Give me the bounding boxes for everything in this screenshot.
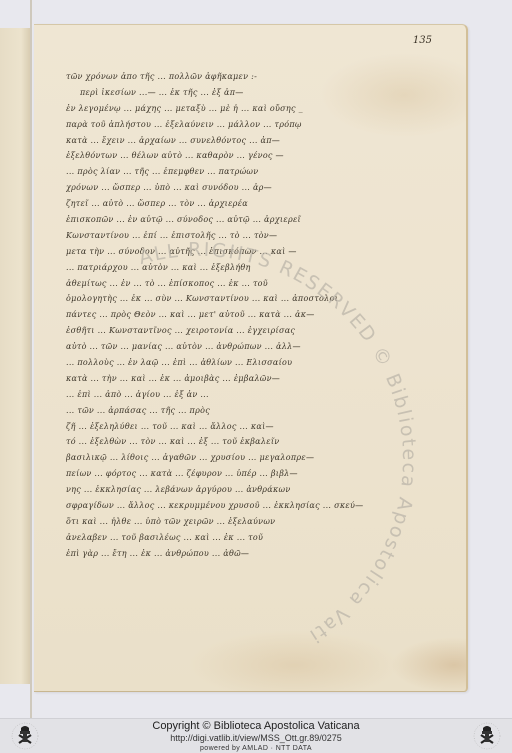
manuscript-line: ... πατριάρχου ... αὐτὸν ... καὶ ... ἐξε… [66,260,401,276]
manuscript-line: ζητεῖ ... αὐτὸ ... ὥσπερ ... τὸν ... ἀρχ… [66,196,401,212]
manuscript-line: ἀθεμίτως ... ἐν ... τὸ ... ἐπίσκοπος ...… [66,276,401,292]
manuscript-line: τό ... ἐξελθὼν ... τὸν ... καὶ ... ἐξ ..… [66,434,401,450]
manuscript-line: αὐτὸ ... τῶν ... μανίας ... αὐτὸν ... ἀν… [66,339,401,355]
manuscript-line-text: χρόνων ... ὥσπερ ... ὑπὸ ... καὶ συνόδου… [66,183,376,192]
manuscript-line: κατὰ ... ἔχειν ... ἀρχαίων ... συνελθόντ… [66,133,401,149]
manuscript-line: μετα τὴν ... σύνοδον ... αὐτῆς ... ἐπισκ… [66,244,401,260]
manuscript-line-text: μετα τὴν ... σύνοδον ... αὐτῆς ... ἐπισκ… [66,247,378,256]
manuscript-line: ἐσθῆτι ... Κωνσταντῖνος ... χειροτονία .… [66,323,401,339]
manuscript-line-text: τό ... ἐξελθὼν ... τὸν ... καὶ ... ἐξ ..… [66,437,374,446]
manuscript-line: βασιλικῷ ... λίθοις ... ἀγαθῶν ... χρυσί… [66,450,401,466]
manuscript-line-text: σφραγίδων ... ἄλλος ... κεκρυμμένου χρυσ… [66,501,378,510]
manuscript-line: πείων ... φόρτος ... κατὰ ... ζέφυρον ..… [66,466,401,482]
manuscript-line: ἐν λεγομένῳ ... μάχης ... μεταξὺ ... μὲ … [66,101,401,117]
manuscript-line: Κωνσταντίνου ... ἐπί ... ἐπιστολῆς ... τ… [66,228,401,244]
manuscript-line-text: ... πατριάρχου ... αὐτὸν ... καὶ ... ἐξε… [66,263,378,272]
page-gutter [30,0,32,718]
manuscript-line-text: βασιλικῷ ... λίθοις ... ἀγαθῶν ... χρυσί… [66,453,370,462]
manuscript-line: περὶ ἱκεσίων ...— ... ἐκ τῆς ... ἐξ ἀπ— [66,85,401,101]
manuscript-line-text: ἐξελθόντων ... θέλων αὐτὸ ... καθαρὸν ..… [66,151,378,160]
manuscript-line-text: παρὰ τοῦ ἀπλήστου ... ἐξελαύνειν ... μάλ… [66,120,378,129]
copyright-footer: Copyright © Biblioteca Apostolica Vatica… [0,718,512,753]
manuscript-line-text: περὶ ἱκεσίων ...— ... ἐκ τῆς ... ἐξ ἀπ— [80,88,386,97]
vatican-library-logo-left [10,721,40,751]
manuscript-line: ... ἐπὶ ... ἀπὸ ... ἁγίου ... ἐξ ἀν ... [66,387,401,403]
manuscript-line-text: ζητεῖ ... αὐτὸ ... ὥσπερ ... τὸν ... ἀρχ… [66,199,376,208]
manuscript-line: ἐπὶ γὰρ ... ἔτη ... ἐκ ... ἀνθρώπου ... … [66,546,401,562]
manuscript-line-text: ἐν λεγομένῳ ... μάχης ... μεταξὺ ... μὲ … [66,104,376,113]
manuscript-line-text: ἐσθῆτι ... Κωνσταντῖνος ... χειροτονία .… [66,326,378,335]
manuscript-line: ... πρὸς λίαν ... τῆς ... ἐπεμφθεν ... π… [66,164,401,180]
manuscript-line-text: κατὰ ... τὴν ... καὶ ... ἐκ ... ἀμοιβὰς … [66,374,378,383]
manuscript-line: ὅτι καὶ ... ἦλθε ... ὑπὸ τῶν χειρῶν ... … [66,514,401,530]
manuscript-line-text: ζῆ ... ἐξεληλύθει ... τοῦ ... καὶ ... ἄλ… [66,422,378,431]
manuscript-line: ἐπισκοπῶν ... ἐν αὐτῷ ... σύνοδος ... αὐ… [66,212,401,228]
manuscript-line: κατὰ ... τὴν ... καὶ ... ἐκ ... ἀμοιβὰς … [66,371,401,387]
manuscript-line-text: ὅτι καὶ ... ἦλθε ... ὑπὸ τῶν χειρῶν ... … [66,517,370,526]
manuscript-line-text: ἀνελαβεν ... τοῦ βασιλέως ... καὶ ... ἐκ… [66,533,362,542]
manuscript-line: ... πολλοὺς ... ἐν λαῷ ... ἐπὶ ... ἀθλίω… [66,355,401,371]
vatican-library-logo-right [472,721,502,751]
manuscript-line-text: ... τῶν ... ἁρπάσας ... τῆς ... πρὸς [66,406,366,415]
manuscript-line-text: νης ... ἐκκλησίας ... λεβάνων ἀργύρου ..… [66,485,372,494]
manuscript-viewer[interactable]: 135 τῶν χρόνων ἀπο τῆς ... πολλῶν ἀφῆκαμ… [0,0,512,718]
manuscript-line: σφραγίδων ... ἄλλος ... κεκρυμμένου χρυσ… [66,498,401,514]
copyright-text: Copyright © Biblioteca Apostolica Vatica… [0,720,512,733]
manuscript-line: ζῆ ... ἐξεληλύθει ... τοῦ ... καὶ ... ἄλ… [66,419,401,435]
manuscript-line: πάντες ... πρὸς Θεὸν ... καὶ ... μετ' αὐ… [66,307,401,323]
manuscript-line: τῶν χρόνων ἀπο τῆς ... πολλῶν ἀφῆκαμεν :… [66,69,401,85]
page-url[interactable]: http://digi.vatlib.it/view/MSS_Ott.gr.89… [0,733,512,744]
manuscript-line-text: ... πρὸς λίαν ... τῆς ... ἐπεμφθεν ... π… [66,167,378,176]
manuscript-page: 135 τῶν χρόνων ἀπο τῆς ... πολλῶν ἀφῆκαμ… [34,24,468,692]
manuscript-line-text: ἐπὶ γὰρ ... ἔτη ... ἐκ ... ἀνθρώπου ... … [66,549,356,558]
manuscript-line-text: πείων ... φόρτος ... κατὰ ... ζέφυρον ..… [66,469,376,478]
manuscript-line-text: αὐτὸ ... τῶν ... μανίας ... αὐτὸν ... ἀν… [66,342,366,351]
manuscript-line-text: ἀθεμίτως ... ἐν ... τὸ ... ἐπίσκοπος ...… [66,279,372,288]
previous-page-edge [0,28,31,684]
manuscript-line: παρὰ τοῦ ἀπλήστου ... ἐξελαύνειν ... μάλ… [66,117,401,133]
manuscript-line-text: ... πολλοὺς ... ἐν λαῷ ... ἐπὶ ... ἀθλίω… [66,358,366,367]
manuscript-line-text: ὁμολογητὴς ... ἐκ ... σὺν ... Κωνσταντίν… [66,294,378,303]
manuscript-line: νης ... ἐκκλησίας ... λεβάνων ἀργύρου ..… [66,482,401,498]
manuscript-line: ἀνελαβεν ... τοῦ βασιλέως ... καὶ ... ἐκ… [66,530,401,546]
manuscript-text-block: τῶν χρόνων ἀπο τῆς ... πολλῶν ἀφῆκαμεν :… [66,69,401,562]
manuscript-line: ἐξελθόντων ... θέλων αὐτὸ ... καθαρὸν ..… [66,148,401,164]
folio-number: 135 [413,35,432,46]
manuscript-line-text: ... ἐπὶ ... ἀπὸ ... ἁγίου ... ἐξ ἀν ... [66,390,366,399]
manuscript-line-text: κατὰ ... ἔχειν ... ἀρχαίων ... συνελθόντ… [66,136,374,145]
manuscript-line: χρόνων ... ὥσπερ ... ὑπὸ ... καὶ συνόδου… [66,180,401,196]
manuscript-line-text: τῶν χρόνων ἀπο τῆς ... πολλῶν ἀφῆκαμεν :… [66,72,306,81]
manuscript-line: ὁμολογητὴς ... ἐκ ... σὺν ... Κωνσταντίν… [66,291,401,307]
manuscript-line-text: Κωνσταντίνου ... ἐπί ... ἐπιστολῆς ... τ… [66,231,378,240]
powered-by-text: powered by AMLAD · NTT DATA [0,744,512,753]
manuscript-line-text: πάντες ... πρὸς Θεὸν ... καὶ ... μετ' αὐ… [66,310,378,319]
manuscript-line-text: ἐπισκοπῶν ... ἐν αὐτῷ ... σύνοδος ... αὐ… [66,215,366,224]
manuscript-line: ... τῶν ... ἁρπάσας ... τῆς ... πρὸς [66,403,401,419]
